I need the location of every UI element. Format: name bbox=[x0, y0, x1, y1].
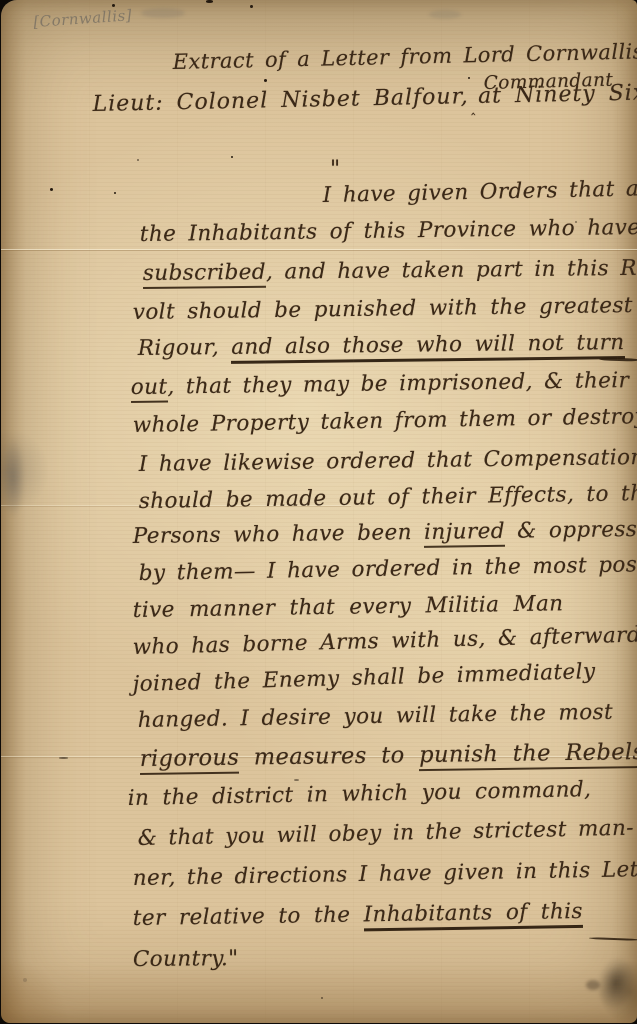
body-line: by them— I have ordered in the most posi… bbox=[139, 552, 637, 586]
body-text: ter relative to the bbox=[133, 902, 364, 931]
body-text: hanged. I desire you will take the most bbox=[138, 700, 614, 733]
title-line-2-text: Lieut: Colonel Nisbet Balfour, bbox=[92, 84, 469, 117]
ink-speck bbox=[468, 77, 470, 79]
body-text: , that they may be imprisoned, & their bbox=[167, 368, 629, 399]
fold-crease bbox=[1, 249, 637, 252]
ink-speck bbox=[250, 5, 253, 8]
body-text: Country." bbox=[133, 946, 239, 972]
body-line: volt should be punished with the greates… bbox=[133, 293, 633, 325]
body-line: ter relative to the Inhabitants of this bbox=[133, 899, 583, 931]
body-line: tive manner that every Militia Man bbox=[133, 591, 564, 623]
pencil-smudge bbox=[429, 10, 461, 19]
title-line-2-text: at Ninety Six bbox=[478, 80, 637, 109]
pencil-annotation: [Cornwallis] bbox=[33, 6, 133, 31]
title-line-2: Lieut: Colonel Nisbet Balfour,‸at Ninety… bbox=[92, 80, 637, 124]
body-text: ner, the directions I have given in this… bbox=[133, 857, 637, 891]
body-line: should be made out of their Effects, to … bbox=[139, 481, 637, 514]
body-text: I have given Orders that all bbox=[322, 176, 637, 208]
ink-speck bbox=[137, 159, 139, 161]
manuscript-photo: [Cornwallis] Extract of a Letter from Lo… bbox=[0, 0, 637, 1024]
ink-speck bbox=[264, 79, 267, 82]
body-line: Rigour, and also those who will not turn bbox=[138, 330, 625, 361]
opening-quote-mark: " bbox=[330, 157, 340, 182]
body-text: , and have taken part in this Re= bbox=[266, 255, 637, 284]
ink-smudge bbox=[591, 952, 637, 1014]
insertion-caret: ‸ bbox=[471, 101, 477, 116]
body-line: whole Property taken from them or destro… bbox=[133, 403, 637, 438]
body-text: should be made out of their Effects, to … bbox=[139, 481, 637, 514]
ink-speck bbox=[321, 997, 323, 999]
underline-flourish bbox=[589, 937, 637, 941]
body-text: joined the Enemy shall be immediately bbox=[132, 659, 595, 697]
ink-smudge bbox=[586, 980, 600, 990]
body-line: in the district in which you command, bbox=[128, 777, 592, 811]
body-line: out, that they may be imprisoned, & thei… bbox=[131, 368, 630, 400]
body-text: tive manner that every Militia Man bbox=[133, 591, 564, 623]
body-line: & that you will obey in the strictest ma… bbox=[137, 816, 634, 851]
underlined-text: punish the Rebels bbox=[419, 739, 637, 771]
body-text: by them— I have ordered in the most posi… bbox=[139, 552, 637, 586]
underlined-text: and also those who will not turn bbox=[231, 330, 625, 364]
title-line-1: Extract of a Letter from Lord Cornwallis… bbox=[172, 39, 637, 74]
pencil-smudge bbox=[141, 8, 185, 18]
body-text: whole Property taken from them or destro… bbox=[133, 403, 637, 438]
body-text: volt should be punished with the greates… bbox=[133, 293, 633, 325]
underlined-text: injured bbox=[424, 519, 505, 548]
body-text: measures to bbox=[239, 742, 419, 771]
pencil-dash bbox=[59, 757, 68, 759]
body-text: Persons who have been bbox=[133, 520, 425, 549]
underlined-text: Inhabitants of this bbox=[363, 899, 583, 931]
body-line: subscribed, and have taken part in this … bbox=[143, 255, 637, 286]
ink-speck bbox=[231, 156, 233, 158]
body-text: I have likewise ordered that Compensatio… bbox=[139, 445, 637, 477]
underlined-text: out bbox=[131, 374, 168, 403]
body-line: joined the Enemy shall be immediately bbox=[132, 659, 595, 697]
body-text: in the district in which you command, bbox=[128, 777, 592, 811]
body-text: who has borne Arms with us, & afterwards bbox=[132, 622, 637, 660]
body-line: the Inhabitants of this Province who hav… bbox=[140, 215, 637, 247]
paper-blemish bbox=[23, 978, 27, 982]
body-line: ner, the directions I have given in this… bbox=[133, 857, 637, 891]
ink-speck bbox=[50, 188, 53, 191]
body-text: Rigour, bbox=[138, 335, 232, 361]
body-line: who has borne Arms with us, & afterwards bbox=[132, 622, 637, 660]
body-line: I have likewise ordered that Compensatio… bbox=[139, 445, 637, 477]
ink-speck bbox=[206, 0, 213, 3]
underlined-text: subscribed bbox=[143, 260, 266, 289]
body-text: & that you will obey in the strictest ma… bbox=[137, 816, 634, 851]
body-line: Country." bbox=[133, 946, 239, 972]
ink-speck bbox=[114, 192, 116, 194]
body-line: rigorous measures to punish the Rebels bbox=[140, 739, 637, 772]
body-line: Persons who have been injured & oppresse… bbox=[133, 517, 637, 549]
body-text: & oppressed bbox=[505, 517, 637, 544]
graphite-smear bbox=[1, 438, 25, 518]
underlined-text: rigorous bbox=[140, 745, 240, 775]
manuscript-page: [Cornwallis] Extract of a Letter from Lo… bbox=[1, 0, 637, 1023]
stray-mark bbox=[294, 779, 299, 781]
body-text: the Inhabitants of this Province who hav… bbox=[140, 215, 637, 247]
body-line: I have given Orders that all bbox=[322, 176, 637, 208]
body-line: hanged. I desire you will take the most bbox=[138, 700, 614, 733]
